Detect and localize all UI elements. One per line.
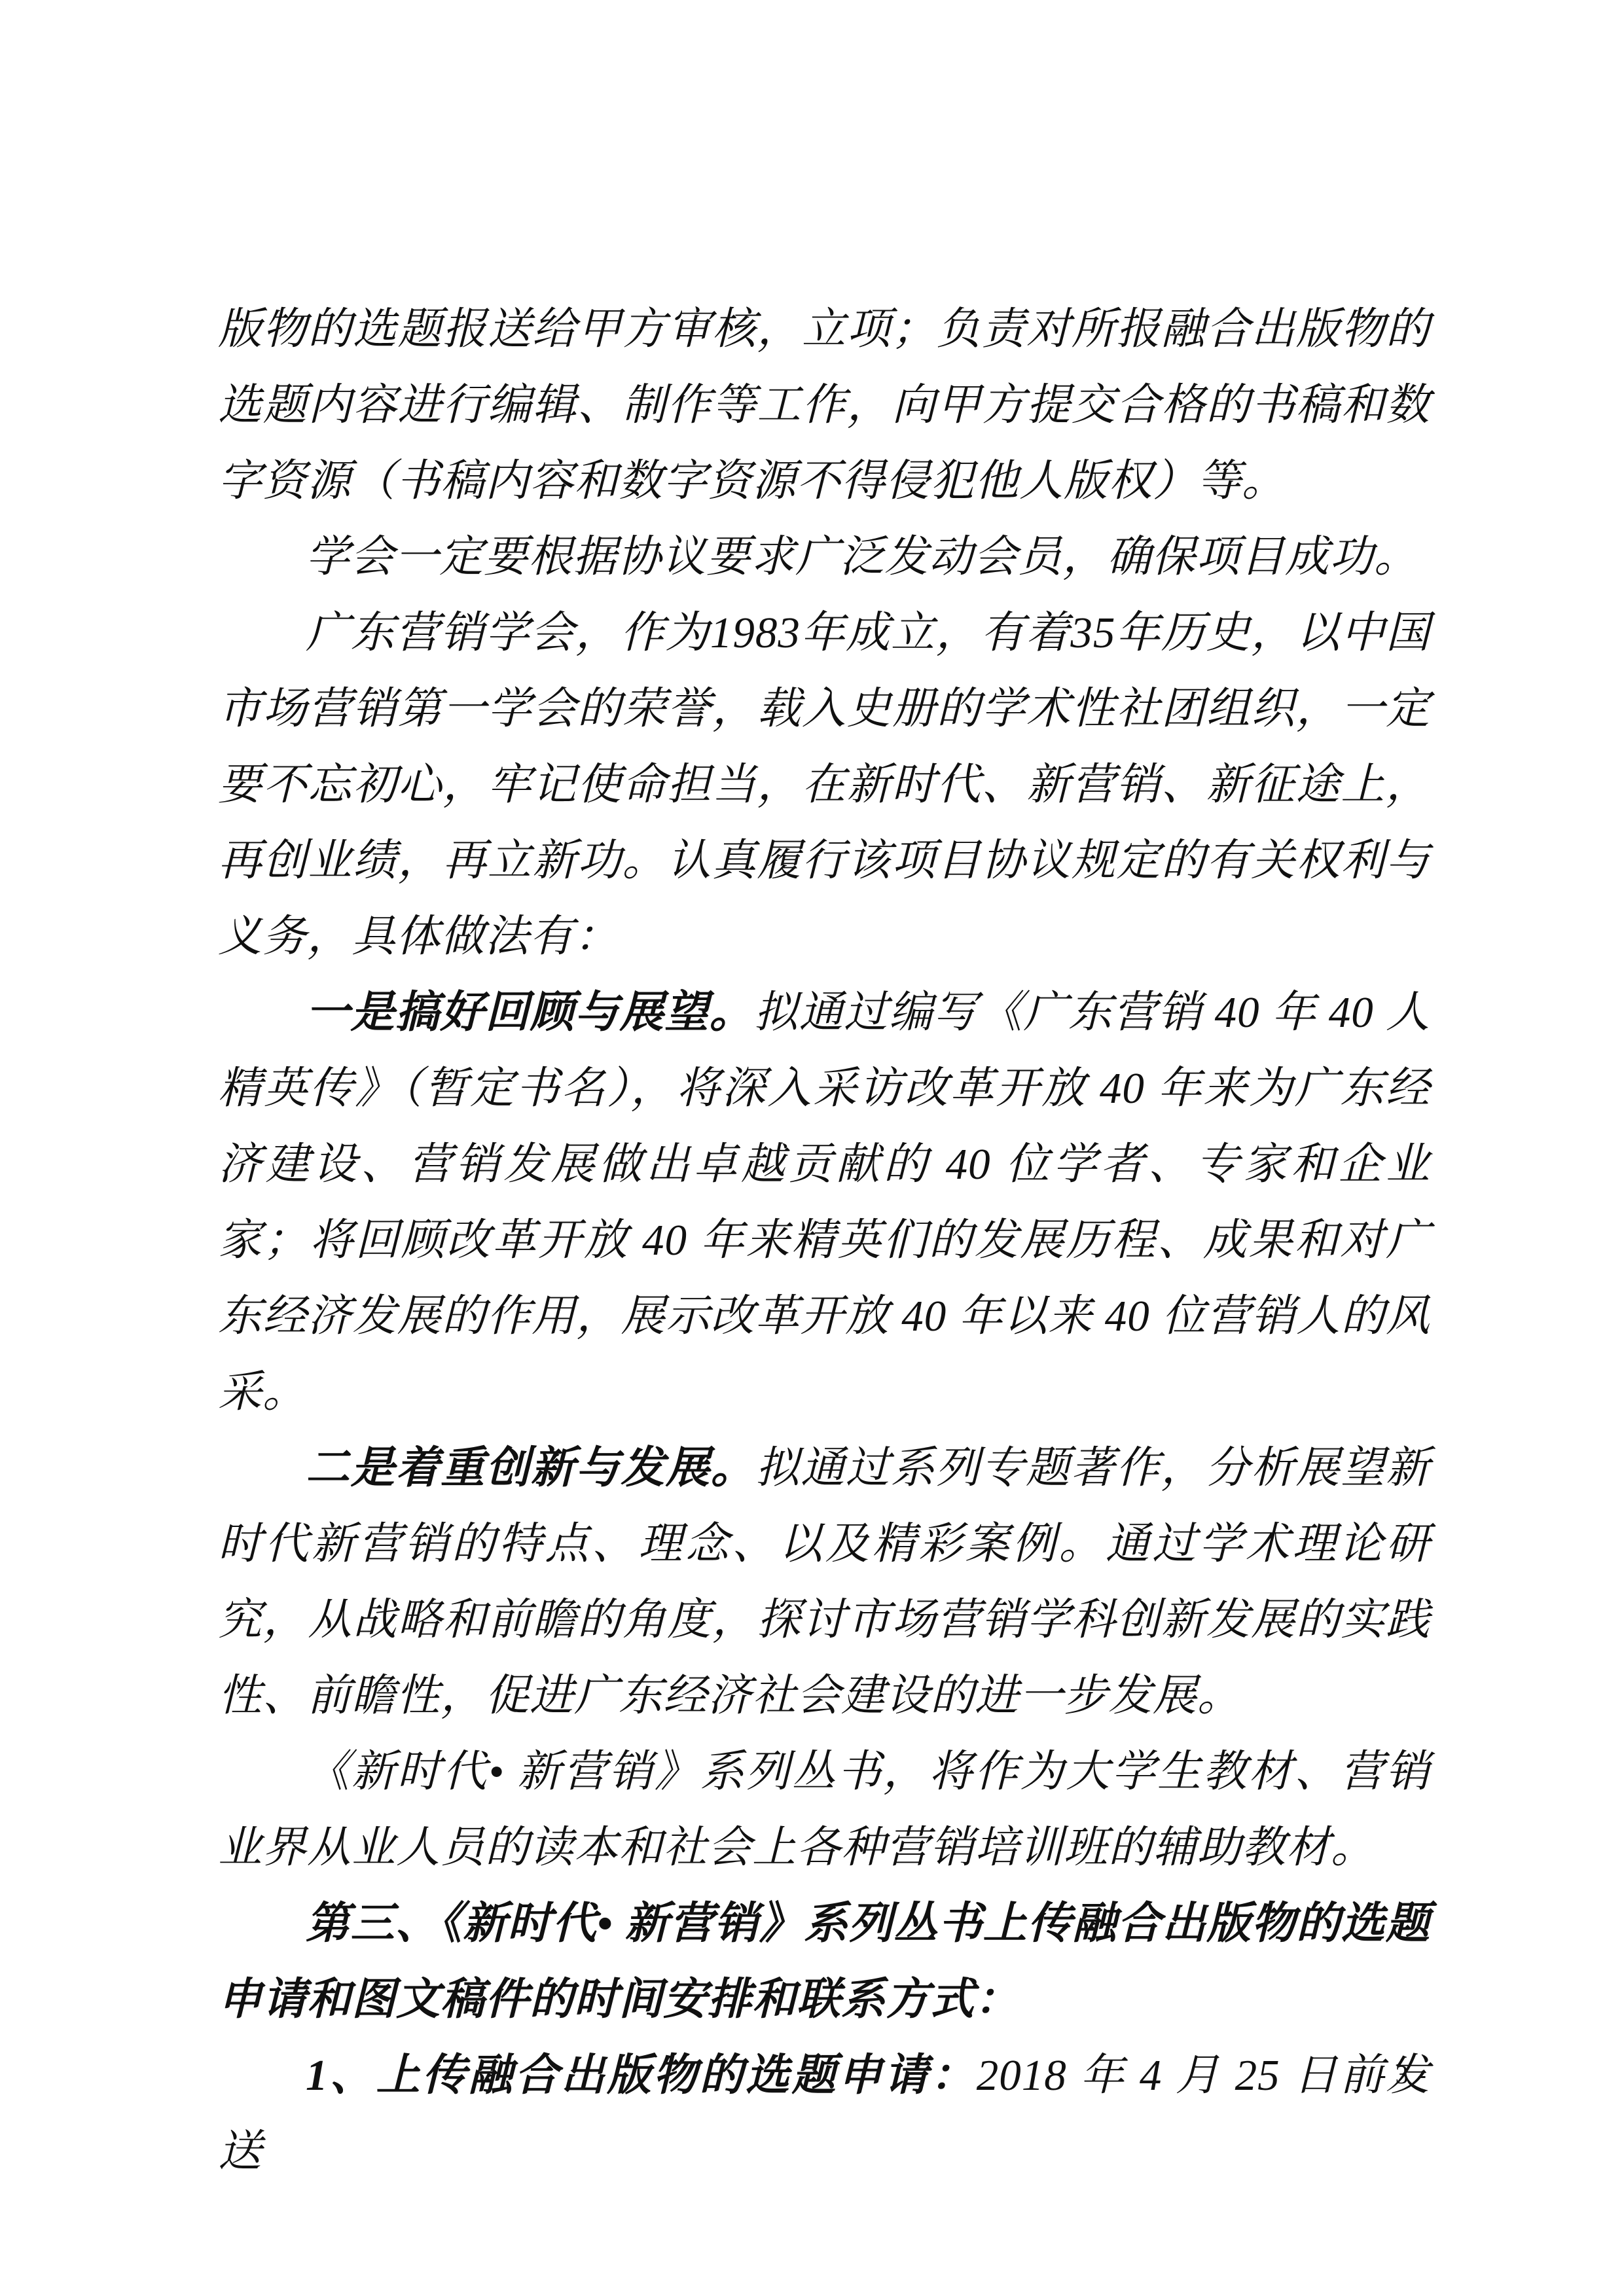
- paragraph: 《新时代• 新营销》系列丛书，将作为大学生教材、营销业界从业人员的读本和社会上各…: [218, 1734, 1430, 1886]
- paragraph: 版物的选题报送给甲方审核，立项；负责对所报融合出版物的选题内容进行编辑、制作等工…: [218, 291, 1430, 519]
- paragraph-bold-lead: 一是搞好回顾与展望。: [306, 988, 754, 1037]
- paragraph-text: 拟通过编写《广东营销 40 年 40 人精英传》（暂定书名），将深入采访改革开放…: [218, 988, 1430, 1416]
- paragraph-bold-lead: 二是着重创新与发展。: [306, 1444, 756, 1492]
- paragraph: 学会一定要根据协议要求广泛发动会员，确保项目成功。: [218, 519, 1430, 595]
- paragraph-text: 版物的选题报送给甲方审核，立项；负责对所报融合出版物的选题内容进行编辑、制作等工…: [218, 305, 1430, 505]
- paragraph-bold-lead: 1、上传融合出版物的选题申请：: [306, 2051, 977, 2100]
- paragraph: 第三、《新时代• 新营销》系列丛书上传融合出版物的选题申请和图文稿件的时间安排和…: [218, 1886, 1430, 2037]
- paragraph-text: 学会一定要根据协议要求广泛发动会员，确保项目成功。: [306, 533, 1418, 581]
- paragraph: 广东营销学会，作为1983年成立，有着35年历史，以中国市场营销第一学会的荣誉，…: [218, 595, 1430, 975]
- paragraph-bold-lead: 第三、《新时代• 新营销》系列丛书上传融合出版物的选题申请和图文稿件的时间安排和…: [218, 1899, 1430, 2024]
- paragraph: 1、上传融合出版物的选题申请：2018 年 4 月 25 日前发送: [218, 2037, 1430, 2189]
- page-content: 版物的选题报送给甲方审核，立项；负责对所报融合出版物的选题内容进行编辑、制作等工…: [218, 291, 1430, 2189]
- paragraph: 二是着重创新与发展。拟通过系列专题著作，分析展望新时代新营销的特点、理念、以及精…: [218, 1430, 1430, 1734]
- paragraph-text: 广东营销学会，作为1983年成立，有着35年历史，以中国市场营销第一学会的荣誉，…: [218, 609, 1430, 961]
- page-number: - 3 -: [1377, 2060, 1428, 2089]
- paragraph-text: 《新时代• 新营销》系列丛书，将作为大学生教材、营销业界从业人员的读本和社会上各…: [218, 1748, 1430, 1872]
- paragraph: 一是搞好回顾与展望。拟通过编写《广东营销 40 年 40 人精英传》（暂定书名）…: [218, 975, 1430, 1430]
- document-page: 版物的选题报送给甲方审核，立项；负责对所报融合出版物的选题内容进行编辑、制作等工…: [0, 0, 1624, 2296]
